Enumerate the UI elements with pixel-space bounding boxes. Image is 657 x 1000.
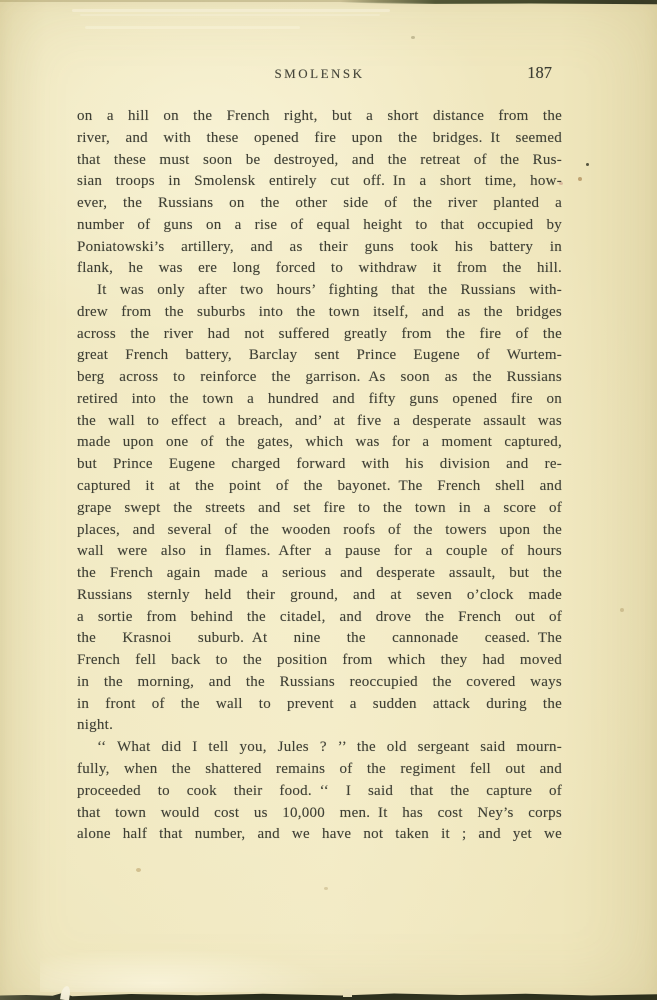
text-line: Poniatowski’s artillery, and as their gu… — [77, 237, 562, 259]
text-line: drew from the suburbs into the town itse… — [77, 302, 562, 324]
paragraph: It was only after two hours’ fighting th… — [77, 280, 562, 737]
text-line: grape swept the streets and set fire to … — [77, 498, 562, 520]
body-text: on a hill on the French right, but a sho… — [77, 106, 562, 846]
page-header: SMOLENSK 187 — [77, 66, 562, 82]
text-column: SMOLENSK 187 on a hill on the French rig… — [77, 66, 562, 846]
text-line: alone half that number, and we have not … — [77, 824, 562, 846]
scan-streak — [72, 9, 390, 12]
paper-speck — [324, 887, 328, 890]
text-line: in the morning, and the Russians reoccup… — [77, 672, 562, 694]
text-line: It was only after two hours’ fighting th… — [77, 280, 562, 302]
text-line: that town would cost us 10,000 men. It h… — [77, 803, 562, 825]
text-line: across the river had not suffered greatl… — [77, 324, 562, 346]
text-line: places, and several of the wooden roofs … — [77, 520, 562, 542]
book-page: SMOLENSK 187 on a hill on the French rig… — [0, 0, 657, 1000]
text-line: berg across to reinforce the garrison. A… — [77, 367, 562, 389]
text-line: night. — [77, 715, 562, 737]
text-line: wall were also in flames. After a pause … — [77, 541, 562, 563]
paper-speck — [559, 182, 563, 185]
text-line: but Prince Eugene charged forward with h… — [77, 454, 562, 476]
text-line: the Krasnoi suburb. At nine the cannonad… — [77, 628, 562, 650]
running-title: SMOLENSK — [77, 66, 562, 82]
paper-speck — [136, 868, 141, 872]
text-line: great French battery, Barclay sent Princ… — [77, 345, 562, 367]
paragraph: on a hill on the French right, but a sho… — [77, 106, 562, 280]
scan-streak — [80, 14, 380, 16]
text-line: river, and with these opened fire upon t… — [77, 128, 562, 150]
paper-speck — [620, 608, 624, 612]
text-line: the French again made a serious and desp… — [77, 563, 562, 585]
page-number: 187 — [527, 63, 552, 83]
scan-edge-top — [340, 0, 657, 5]
paper-speck — [586, 163, 589, 166]
text-line: captured it at the point of the bayonet.… — [77, 476, 562, 498]
text-line: French fell back to the position from wh… — [77, 650, 562, 672]
text-line: that these must soon be destroyed, and t… — [77, 150, 562, 172]
text-line: ever, the Russians on the other side of … — [77, 193, 562, 215]
text-line: ‘‘ What did I tell you, Jules ? ’’ the o… — [77, 737, 562, 759]
text-line: proceeded to cook their food. ‘‘ I said … — [77, 781, 562, 803]
text-line: retired into the town a hundred and fift… — [77, 389, 562, 411]
text-line: in front of the wall to prevent a sudden… — [77, 694, 562, 716]
text-line: sian troops in Smolensk entirely cut off… — [77, 171, 562, 193]
scan-edge-notch — [343, 989, 352, 997]
text-line: a sortie from behind the citadel, and dr… — [77, 607, 562, 629]
text-line: flank, he was ere long forced to withdra… — [77, 258, 562, 280]
text-line: made upon one of the gates, which was fo… — [77, 432, 562, 454]
text-line: Russians sternly held their ground, and … — [77, 585, 562, 607]
text-line: the wall to effect a breach, and’ at fiv… — [77, 411, 562, 433]
scan-streak — [85, 26, 300, 29]
scan-bottom-glow — [40, 948, 330, 992]
paragraph: ‘‘ What did I tell you, Jules ? ’’ the o… — [77, 737, 562, 846]
paper-speck — [578, 177, 582, 181]
paper-speck — [411, 36, 415, 39]
text-line: number of guns on a rise of equal height… — [77, 215, 562, 237]
text-line: on a hill on the French right, but a sho… — [77, 106, 562, 128]
text-line: fully, when the shattered remains of the… — [77, 759, 562, 781]
